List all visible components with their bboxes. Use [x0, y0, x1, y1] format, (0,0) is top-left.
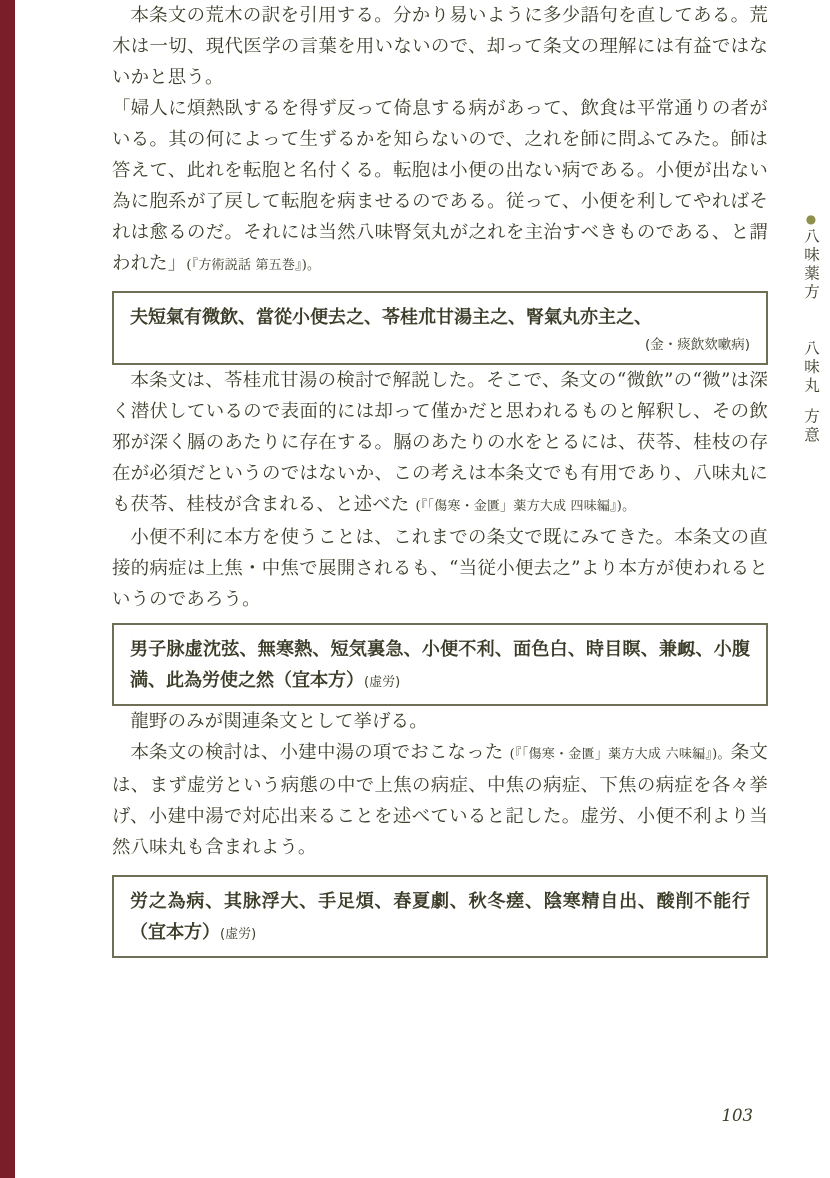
paragraph-tatsuno-text: 龍野のみが関連条文として挙げる。: [130, 711, 427, 732]
paragraph-commentary-1: 本条文は、苓桂朮甘湯の検討で解説した。そこで、条文の“微飲”の“微”は深く潜伏し…: [112, 365, 768, 522]
commentary-1-ref-note: (『「傷寒・金匱」薬方大成 四味編』)。: [416, 499, 636, 514]
margin-formula-name: 八味丸: [802, 302, 820, 396]
paragraph-intro: 本条文の荒木の訳を引用する。分かり易いように多少語句を直してある。荒木は一切、現…: [112, 0, 768, 93]
spine-strip: [0, 0, 15, 1178]
margin-series-title: 八味薬方: [802, 228, 820, 302]
paragraph-intro-text: 本条文の荒木の訳を引用する。分かり易いように多少語句を直してある。荒木は一切、現…: [112, 5, 768, 88]
book-page: ●八味薬方八味丸方意 本条文の荒木の訳を引用する。分かり易いように多少語句を直し…: [0, 0, 830, 1178]
main-text-column: 本条文の荒木の訳を引用する。分かり易いように多少語句を直してある。荒木は一切、現…: [112, 0, 768, 958]
classic-text-box-1: 夫短氣有微飲、當從小便去之、苓桂朮甘湯主之、腎氣丸亦主之、 (金・痰飲欬嗽病): [112, 291, 768, 365]
commentary-1-text: 本条文は、苓桂朮甘湯の検討で解説した。そこで、条文の“微飲”の“微”は深く潜伏し…: [112, 370, 768, 515]
margin-section-name: 方意: [802, 396, 820, 445]
commentary-3-text-a: 本条文の検討は、小建中湯の項でおこなった: [130, 742, 509, 763]
margin-label: ●八味薬方八味丸方意: [800, 212, 822, 445]
quotation-text: 「婦人に煩熱臥するを得ず反って倚息する病があって、飲食は平常通りの者がいる。其の…: [112, 98, 768, 274]
classic-text-2-note: (虚労): [364, 675, 400, 690]
classic-text-1-source: (金・痰飲欬嗽病): [130, 333, 750, 357]
paragraph-tatsuno: 龍野のみが関連条文として挙げる。: [112, 706, 768, 737]
paragraph-commentary-2: 小便不利に本方を使うことは、これまでの条文で既にみてきた。本条文の直接的病症は上…: [112, 522, 768, 615]
commentary-2-text: 小便不利に本方を使うことは、これまでの条文で既にみてきた。本条文の直接的病症は上…: [112, 527, 768, 610]
classic-text-box-3: 労之為病、其脉浮大、手足煩、春夏劇、秋冬瘥、陰寒精自出、酸削不能行（宜本方）(虚…: [112, 875, 768, 958]
classic-text-box-2: 男子脉虚沈弦、無寒熱、短気裏急、小便不利、面色白、時目瞑、兼衂、小腹満、此為労使…: [112, 623, 768, 706]
classic-text-2-main: 男子脉虚沈弦、無寒熱、短気裏急、小便不利、面色白、時目瞑、兼衂、小腹満、此為労使…: [130, 639, 750, 691]
page-number: 103: [722, 1106, 754, 1125]
margin-bullet-icon: ●: [804, 212, 818, 228]
classic-text-3: 労之為病、其脉浮大、手足煩、春夏劇、秋冬瘥、陰寒精自出、酸削不能行（宜本方）(虚…: [130, 886, 750, 950]
classic-text-3-note: (虚労): [220, 927, 256, 942]
commentary-3-ref-note: (『「傷寒・金匱」薬方大成 六味編』)。: [510, 747, 731, 762]
paragraph-commentary-3: 本条文の検討は、小建中湯の項でおこなった (『「傷寒・金匱」薬方大成 六味編』)…: [112, 737, 768, 863]
classic-text-1: 夫短氣有微飲、當從小便去之、苓桂朮甘湯主之、腎氣丸亦主之、: [130, 302, 750, 333]
quotation-source-note: (『方術説話 第五巻』)。: [186, 258, 320, 273]
paragraph-quotation: 「婦人に煩熱臥するを得ず反って倚息する病があって、飲食は平常通りの者がいる。其の…: [112, 93, 768, 281]
classic-text-2: 男子脉虚沈弦、無寒熱、短気裏急、小便不利、面色白、時目瞑、兼衂、小腹満、此為労使…: [130, 634, 750, 698]
